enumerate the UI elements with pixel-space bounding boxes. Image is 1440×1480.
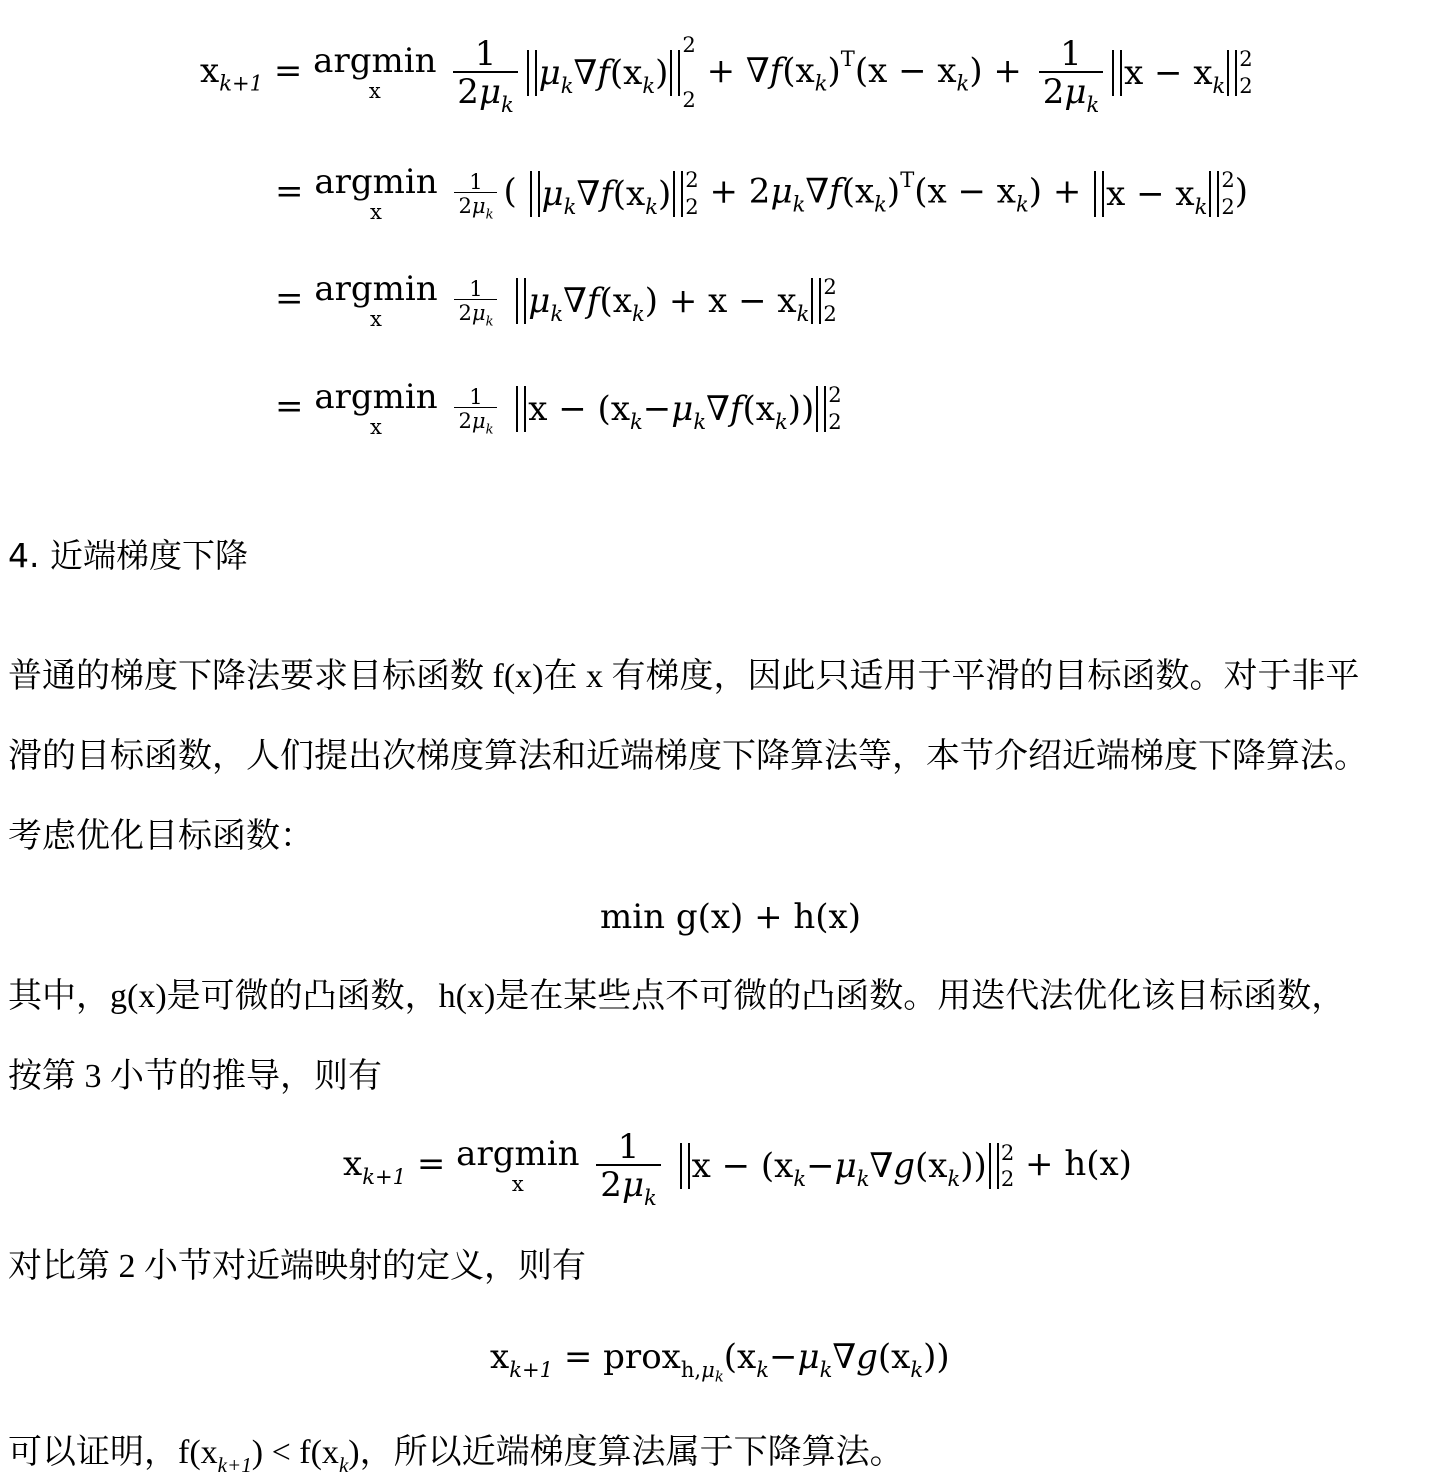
fraction: 12μk	[454, 278, 497, 323]
paragraph-line: 按第 3 小节的推导，则有	[8, 1060, 382, 1094]
argmin-operator: argminx	[456, 1137, 579, 1194]
argmin-operator: argminx	[314, 165, 437, 222]
fraction: 12μk	[596, 1130, 661, 1202]
var-x: x	[200, 51, 219, 91]
fraction: 12μk	[453, 37, 518, 109]
paragraph-line: 对比第 2 小节对近端映射的定义，则有	[8, 1250, 586, 1284]
paragraph-line: 考虑优化目标函数：	[8, 820, 314, 854]
norm-expression: x − xk	[1102, 177, 1211, 211]
derivation-line-2: = argminx 12μk( μk∇f(xk)22 + 2μk∇f(xk)T(…	[275, 165, 1248, 222]
norm-expression: x − (xk−μk∇f(xk))	[524, 392, 818, 426]
norm-expression: μk∇f(xk)	[535, 56, 673, 90]
section-heading: 4. 近端梯度下降	[8, 530, 248, 577]
update-equation: xk+1 = argminx 12μk x − (xk−μk∇g(xk))22 …	[343, 1130, 1132, 1202]
prox-equation: xk+1 = proxh,μk(xk−μk∇g(xk))	[490, 1340, 950, 1377]
argmin-operator: argminx	[314, 380, 437, 437]
norm-expression: x − (xk−μk∇g(xk))	[688, 1149, 991, 1183]
norm-expression: μk∇f(xk)	[538, 177, 676, 211]
norm-expression: μk∇f(xk) + x − xk	[524, 284, 813, 318]
paragraph-line: 其中，g(x)是可微的凸函数，h(x)是在某些点不可微的凸函数。用迭代法优化该目…	[8, 980, 1345, 1014]
paragraph-conclusion: 可以证明，f(xk+1) < f(xk)，所以近端梯度算法属于下降算法。	[8, 1436, 904, 1470]
argmin-operator: argminx	[314, 272, 437, 329]
argmin-operator: argminx	[313, 44, 436, 101]
derivation-line-1: xk+1 = argminx 12μk μk∇f(xk)22 + ∇f(xk)T…	[200, 18, 1253, 128]
fraction: 12μk	[454, 171, 497, 216]
objective-equation: min g(x) + h(x)	[600, 900, 861, 934]
derivation-line-4: = argminx 12μk x − (xk−μk∇f(xk))22	[275, 380, 842, 437]
paragraph-line: 普通的梯度下降法要求目标函数 f(x)在 x 有梯度，因此只适用于平滑的目标函数…	[8, 660, 1359, 694]
fraction: 12μk	[1039, 37, 1104, 109]
paragraph-line: 滑的目标函数，人们提出次梯度算法和近端梯度下降算法等，本节介绍近端梯度下降算法。	[8, 740, 1368, 774]
norm-expression: x − xk	[1120, 56, 1229, 90]
fraction: 12μk	[454, 386, 497, 431]
derivation-line-3: = argminx 12μk μk∇f(xk) + x − xk22	[275, 272, 837, 329]
